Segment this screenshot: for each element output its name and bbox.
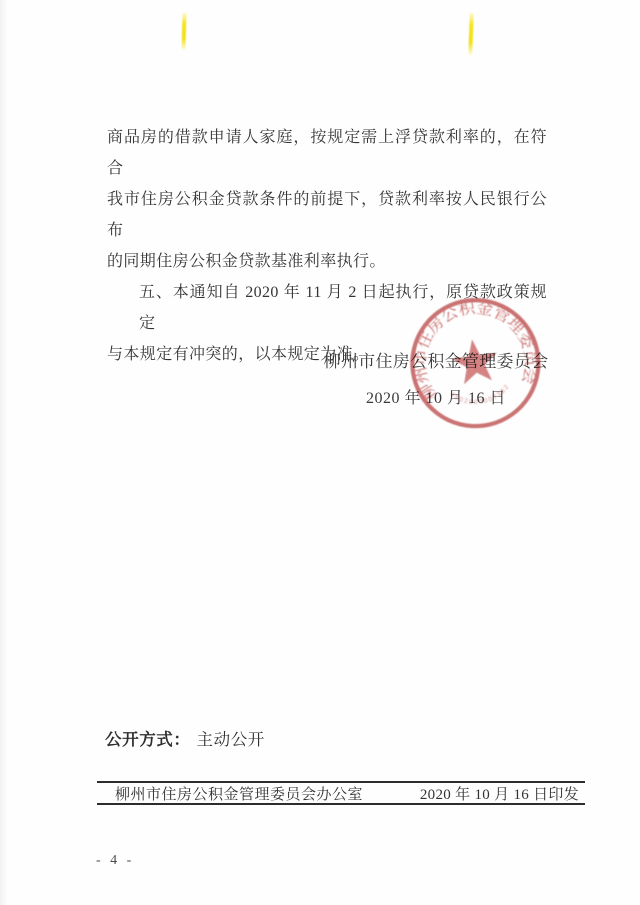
issuance-footer: 柳州市住房公积金管理委员会办公室 2020 年 10 月 16 日印发 [97, 781, 585, 805]
signature-block: 柳州市住房公积金管理委员会 2020 年 10 月 16 日 [315, 347, 557, 408]
body-line: 我市住房公积金贷款条件的前提下，贷款利率按人民银行公布 [107, 184, 547, 246]
disclosure-label: 公开方式： [105, 730, 191, 749]
footer-print-date: 2020 年 10 月 16 日印发 [420, 783, 585, 804]
body-line: 的同期住房公积金贷款基准利率执行。 [107, 246, 547, 277]
page-number: - 4 - [96, 853, 134, 869]
scan-edge-shadow [0, 0, 8, 905]
disclosure-value: 主动公开 [197, 730, 265, 749]
document-page: 商品房的借款申请人家庭，按规定需上浮贷款利率的，在符合 我市住房公积金贷款条件的… [0, 0, 640, 905]
signature-date: 2020 年 10 月 16 日 [315, 385, 557, 408]
body-line: 五、本通知自 2020 年 11 月 2 日起执行，原贷款政策规定 [107, 277, 547, 339]
highlight-mark-left [182, 12, 187, 50]
body-text: 商品房的借款申请人家庭，按规定需上浮贷款利率的，在符合 我市住房公积金贷款条件的… [107, 122, 547, 370]
highlight-mark-right [468, 12, 473, 55]
footer-issuer: 柳州市住房公积金管理委员会办公室 [97, 783, 363, 804]
body-line: 商品房的借款申请人家庭，按规定需上浮贷款利率的，在符合 [107, 122, 547, 184]
disclosure-line: 公开方式：主动公开 [105, 726, 265, 750]
signature-org: 柳州市住房公积金管理委员会 [315, 347, 557, 372]
